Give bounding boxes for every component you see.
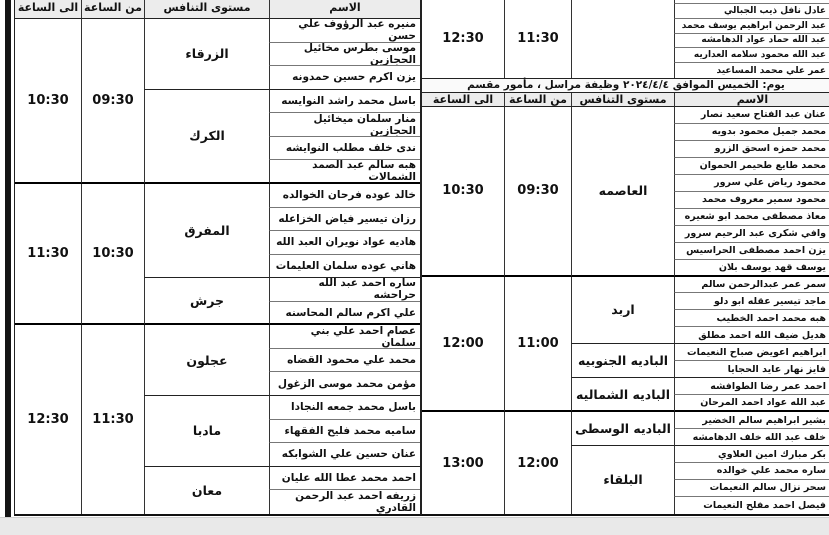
time-to-cell: 12:30 [15, 325, 81, 514]
level-cell: اربد [571, 277, 674, 345]
name-cell: سمر عمر عبدالرحمن سالم [674, 277, 829, 294]
level-cell: العاصمه [571, 107, 674, 277]
level-cell [571, 0, 674, 78]
time-from-cell: 09:30 [81, 19, 144, 184]
name-cell: منيره عبد الرؤوف علي حسن [269, 19, 420, 43]
page-margin-strip [0, 517, 829, 535]
name-cell: محمد علي محمود القضاه [269, 349, 420, 373]
name-cell: ساره احمد عبد الله حراحشه [269, 278, 420, 302]
level-cell: الباديه الوسطى [571, 412, 674, 446]
name-cell: عبد الله حماد عواد الدهامشه [674, 34, 829, 49]
time-to-cell: 12:30 [422, 0, 504, 78]
name-cell: مؤمن محمد موسى الزغول [269, 372, 420, 396]
level-cell: مادبا [144, 396, 269, 467]
level-cell: جرش [144, 278, 269, 325]
name-cell: موسى بطرس مخائيل الحجازين [269, 43, 420, 67]
section-title: يوم: الخميس الموافق ٢٠٢٤/٤/٤ وظيفة مراسل… [422, 78, 829, 93]
name-cell: هاديه عواد نويران العبد الله [269, 231, 420, 255]
time-from-cell: 10:30 [81, 184, 144, 325]
name-cell: بشير ابراهيم سالم الخضير [674, 412, 829, 429]
page-edge-bar [5, 0, 11, 517]
time-to-cell: 11:30 [15, 184, 81, 325]
level-cell: معان [144, 467, 269, 514]
name-cell: محمد جميل محمود بدويه [674, 124, 829, 141]
name-cell: باسل محمد جمعه النجادا [269, 396, 420, 420]
time-to-cell: 10:30 [422, 107, 504, 277]
name-cell: ساميه محمد فليح الفقهاء [269, 420, 420, 444]
time-from-cell: 09:30 [504, 107, 571, 277]
schedule-table-right: عادل نافل ذيب الجباليعبد الرحمن ابراهيم … [421, 0, 829, 516]
level-cell: الباديه الشماليه [571, 378, 674, 412]
column-header: الاسم [269, 0, 420, 19]
name-cell: عبد الله عواد احمد المرحان [674, 395, 829, 412]
level-cell: الزرقاء [144, 19, 269, 90]
name-cell: عبد الله محمود سلامه العداريه [674, 48, 829, 63]
name-cell: هبه محمد احمد الخطيب [674, 310, 829, 327]
name-cell: باسل محمد راشد النوايسه [269, 90, 420, 114]
name-cell: ساره محمد علي خوالده [674, 463, 829, 480]
name-cell: هبه سالم عبد الصمد الشمالات [269, 160, 420, 184]
name-cell: احمد محمد عطا الله عليان [269, 467, 420, 491]
name-cell: وافي شكرى عبد الرحيم سرور [674, 226, 829, 243]
level-cell: عجلون [144, 325, 269, 396]
name-cell: عمر علي محمد المساعيد [674, 63, 829, 78]
name-cell: يزن اكرم حسين حمدونه [269, 66, 420, 90]
name-cell: عنان حسين علي الشوابكه [269, 443, 420, 467]
name-cell: محمود سمير معروف محمد [674, 192, 829, 209]
name-cell: خلف عبد الله خلف الدهامشه [674, 429, 829, 446]
level-cell: المفرق [144, 184, 269, 278]
name-cell: بكر مبارك امين العلاوي [674, 446, 829, 463]
name-cell: هديل ضيف الله احمد مطلق [674, 327, 829, 344]
name-cell: زريفه احمد عبد الرحمن القادري [269, 490, 420, 514]
name-cell: هاني عوده سلمان العليمات [269, 255, 420, 279]
time-from-cell: 11:00 [504, 277, 571, 413]
name-cell: عادل نافل ذيب الجبالي [674, 4, 829, 19]
column-header: الاسم [674, 93, 829, 107]
name-cell: محمود رياض علي سرور [674, 175, 829, 192]
name-cell: يوسف قهد يوسف بلان [674, 260, 829, 277]
name-cell: ماجد تيسير عقله ابو دلو [674, 293, 829, 310]
name-cell: محمد حمزه اسحق الزرو [674, 141, 829, 158]
name-cell: محمد طايع طحيمر الحموان [674, 158, 829, 175]
name-cell: فيصل احمد مفلح النعيمات [674, 497, 829, 514]
name-cell: رزان تيسير فياض الخزاعله [269, 208, 420, 232]
time-from-cell: 11:30 [81, 325, 144, 514]
time-to-cell: 10:30 [15, 19, 81, 184]
name-cell: معاذ مصطفى محمد ابو شعيره [674, 209, 829, 226]
time-from-cell: 11:30 [504, 0, 571, 78]
level-cell: البلقاء [571, 446, 674, 514]
name-cell: خالد عوده فرحان الخوالده [269, 184, 420, 208]
name-cell: فايز نهار عايد الحجايا [674, 361, 829, 378]
name-cell: منار سلمان ميخائيل الحجازين [269, 113, 420, 137]
name-cell: احمد عمر رضا الطوافشه [674, 378, 829, 395]
name-cell: ندى خلف مطلب النوايشه [269, 137, 420, 161]
name-cell: عصام احمد علي بني سلمان [269, 325, 420, 349]
column-header: من الساعة [504, 93, 571, 107]
name-cell: يزن احمد مصطفى الحراسيس [674, 243, 829, 260]
name-cell: سحر نزال سالم النعيمات [674, 480, 829, 497]
column-header: مستوى التنافس [571, 93, 674, 107]
level-cell: الباديه الجنوبيه [571, 344, 674, 378]
name-cell: عنان عبد الفتاح سعيد نصار [674, 107, 829, 124]
schedule-table-left: الاسممستوى التنافسمن الساعةالى الساعة10:… [14, 0, 421, 516]
time-to-cell: 12:00 [422, 277, 504, 413]
name-cell: ابراهيم اعويض صباح النعيمات [674, 344, 829, 361]
column-header: من الساعة [81, 0, 144, 19]
column-header: مستوى التنافس [144, 0, 269, 19]
level-cell: الكرك [144, 90, 269, 184]
document-page: الاسممستوى التنافسمن الساعةالى الساعة10:… [0, 0, 829, 535]
time-to-cell: 13:00 [422, 412, 504, 514]
column-header: الى الساعة [15, 0, 81, 19]
name-cell: علي اكرم سالم المحاسنه [269, 302, 420, 326]
column-header: الى الساعة [422, 93, 504, 107]
time-from-cell: 12:00 [504, 412, 571, 514]
name-cell: عبد الرحمن ابراهيم يوسف محمد [674, 19, 829, 34]
